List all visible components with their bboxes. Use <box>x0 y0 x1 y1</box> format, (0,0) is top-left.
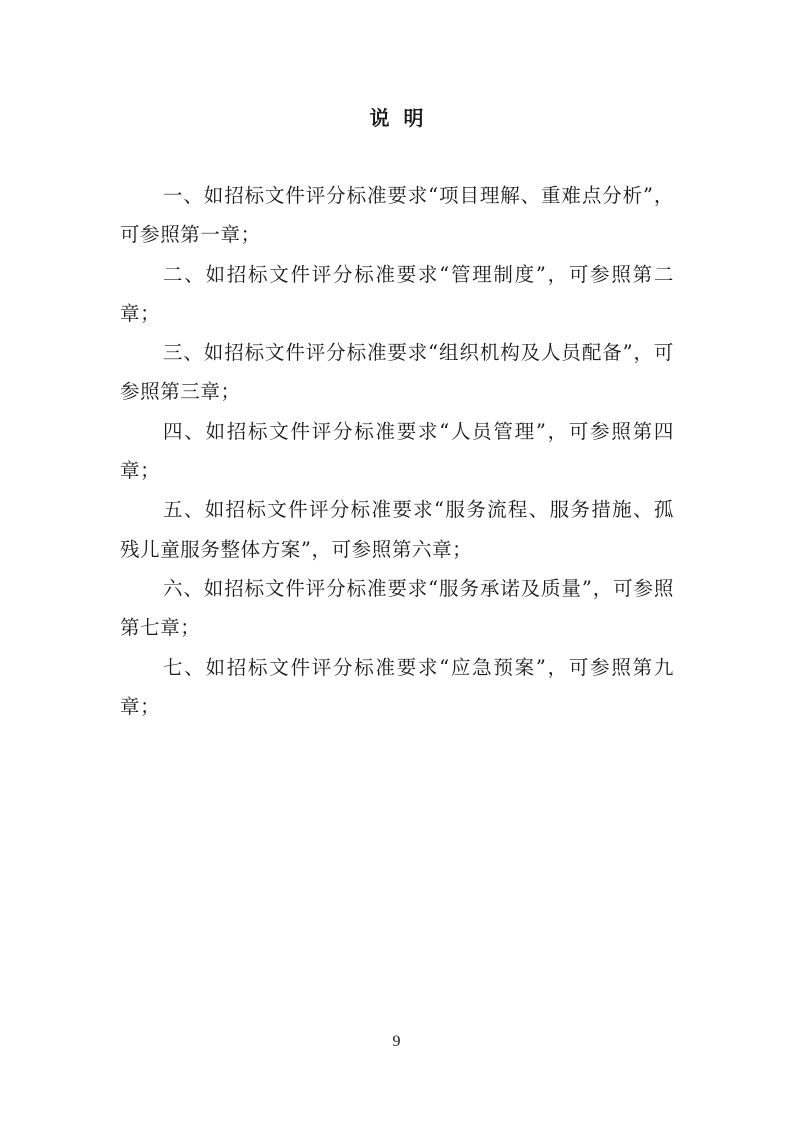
paragraph-6: 六、如招标文件评分标准要求“服务承诺及质量”，可参照第七章； <box>120 569 674 648</box>
paragraph-4: 四、如招标文件评分标准要求“人员管理”，可参照第四章； <box>120 412 674 491</box>
page-title: 说明 <box>0 104 793 132</box>
paragraph-5: 五、如招标文件评分标准要求“服务流程、服务措施、孤残儿童服务整体方案”，可参照第… <box>120 490 674 569</box>
paragraph-3: 三、如招标文件评分标准要求“组织机构及人员配备”，可参照第三章； <box>120 333 674 412</box>
paragraph-7: 七、如招标文件评分标准要求“应急预案”，可参照第九章； <box>120 648 674 727</box>
paragraph-2: 二、如招标文件评分标准要求“管理制度”，可参照第二章； <box>120 255 674 334</box>
document-body: 一、如招标文件评分标准要求“项目理解、重难点分析”，可参照第一章； 二、如招标文… <box>120 176 674 726</box>
page-number: 9 <box>0 1032 793 1052</box>
paragraph-1: 一、如招标文件评分标准要求“项目理解、重难点分析”，可参照第一章； <box>120 176 674 255</box>
